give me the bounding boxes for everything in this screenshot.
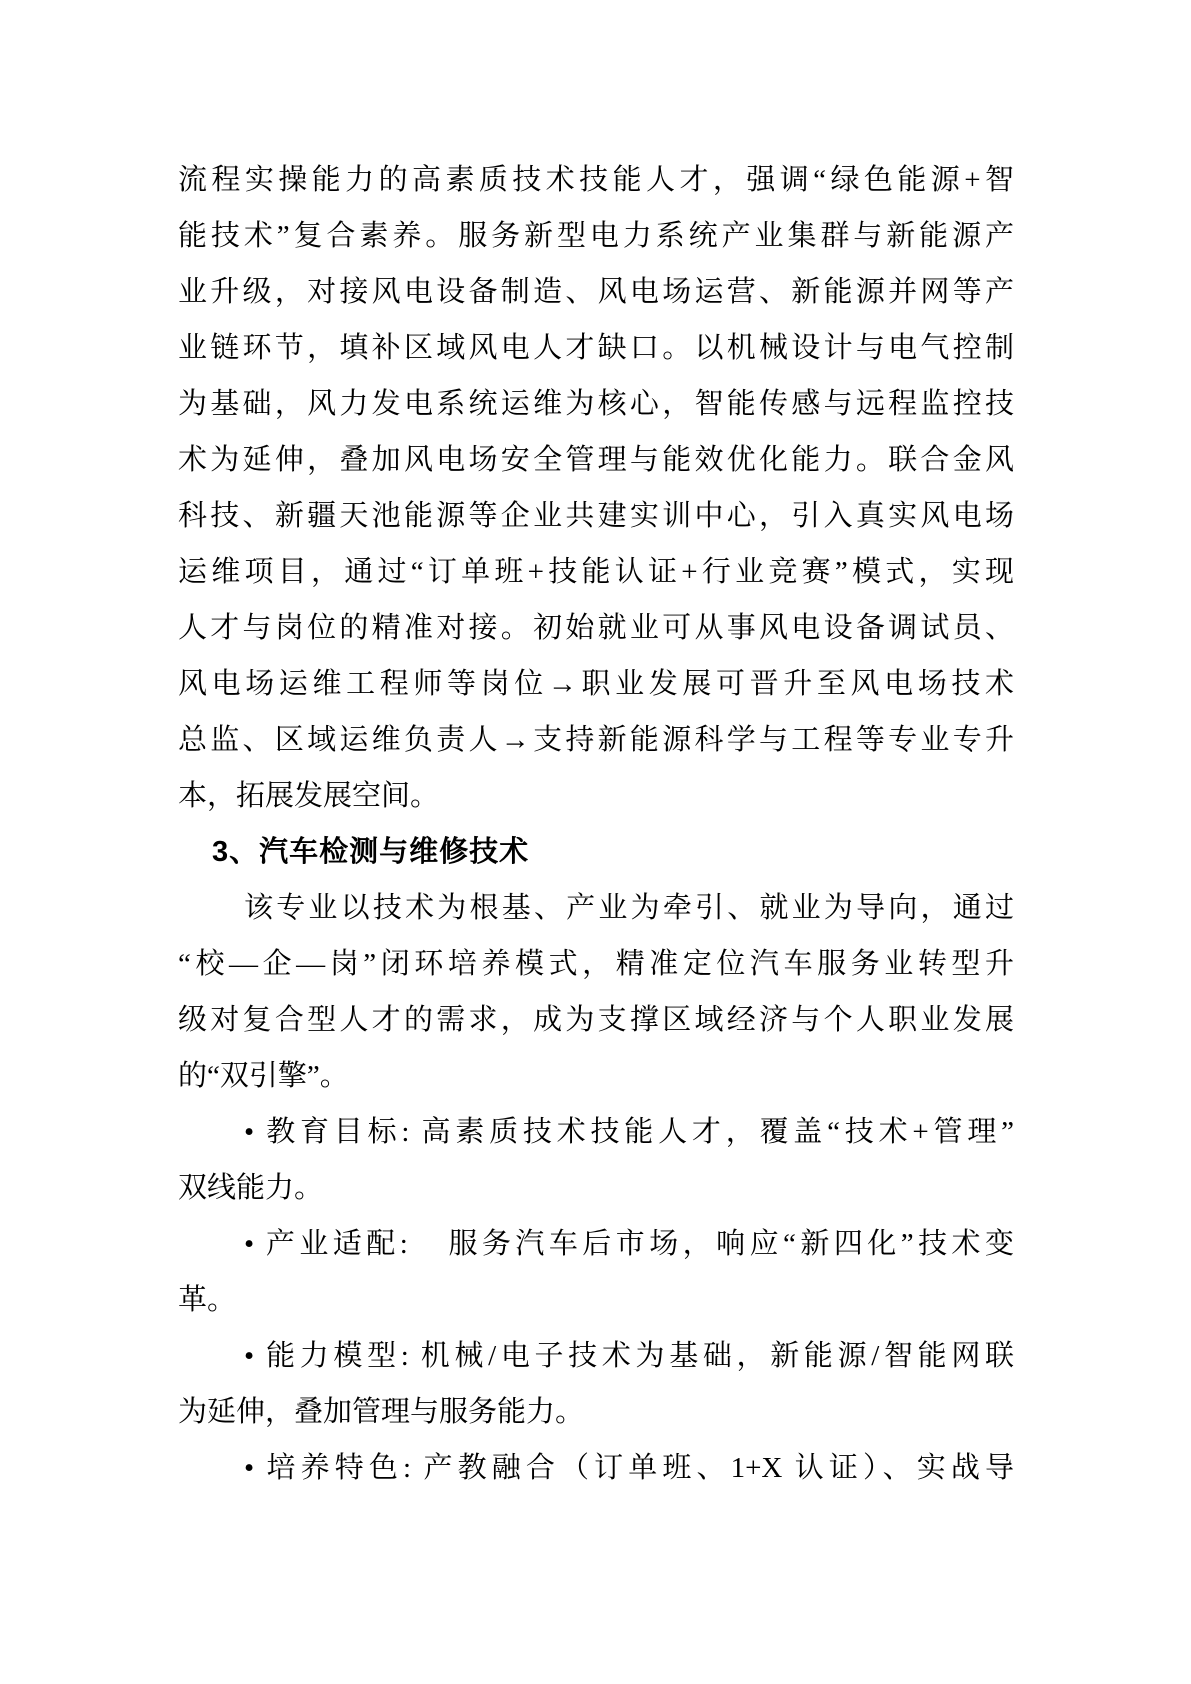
body-text-line: 风电场运维工程师等岗位→职业发展可晋升至风电场技术	[178, 656, 1014, 712]
body-text-line: 业升级，对接风电设备制造、风电场运营、新能源并网等产	[178, 264, 1014, 320]
body-text-line: 流程实操能力的高素质技术技能人才，强调“绿色能源+智	[178, 152, 1014, 208]
bullet-line: • 培养特色: 产教融合（订单班、1+X 认证）、实战导	[178, 1440, 1014, 1496]
body-text-line: 总监、区域运维负责人→支持新能源科学与工程等专业专升	[178, 712, 1014, 768]
body-text-line: 级对复合型人才的需求，成为支撑区域经济与个人职业发展	[178, 992, 1014, 1048]
body-text-line: 业链环节，填补区域风电人才缺口。以机械设计与电气控制	[178, 320, 1014, 376]
body-text-line: 能技术”复合素养。服务新型电力系统产业集群与新能源产	[178, 208, 1014, 264]
section-heading: 3、汽车检测与维修技术	[178, 824, 1014, 880]
body-text-line: 本，拓展发展空间。	[178, 768, 1014, 824]
body-text-line: 人才与岗位的精准对接。初始就业可从事风电设备调试员、	[178, 600, 1014, 656]
document-page: 流程实操能力的高素质技术技能人才，强调“绿色能源+智能技术”复合素养。服务新型电…	[0, 0, 1191, 1684]
body-text-line: “校—企—岗”闭环培养模式，精准定位汽车服务业转型升	[178, 936, 1014, 992]
body-text-line: 术为延伸，叠加风电场安全管理与能效优化能力。联合金风	[178, 432, 1014, 488]
body-text-line: 的“双引擎”。	[178, 1048, 1014, 1104]
bullet-line: • 产业适配: 服务汽车后市场，响应“新四化”技术变	[178, 1216, 1014, 1272]
bullet-line: 为延伸，叠加管理与服务能力。	[178, 1384, 1014, 1440]
bullet-line: • 能力模型: 机械/电子技术为基础，新能源/智能网联	[178, 1328, 1014, 1384]
bullet-line: • 教育目标: 高素质技术技能人才，覆盖“技术+管理”	[178, 1104, 1014, 1160]
body-text-line: 科技、新疆天池能源等企业共建实训中心，引入真实风电场	[178, 488, 1014, 544]
body-text-line: 运维项目，通过“订单班+技能认证+行业竞赛”模式，实现	[178, 544, 1014, 600]
body-text-line: 为基础，风力发电系统运维为核心，智能传感与远程监控技	[178, 376, 1014, 432]
document-content: 流程实操能力的高素质技术技能人才，强调“绿色能源+智能技术”复合素养。服务新型电…	[178, 152, 1014, 1496]
bullet-line: 双线能力。	[178, 1160, 1014, 1216]
body-text-line: 该专业以技术为根基、产业为牵引、就业为导向，通过	[178, 880, 1014, 936]
bullet-line: 革。	[178, 1272, 1014, 1328]
